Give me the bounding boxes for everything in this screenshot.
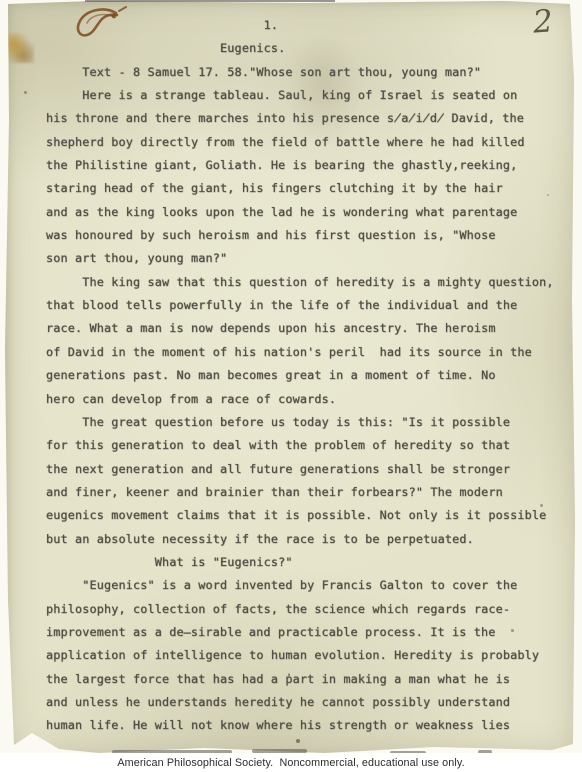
typed-text: 1. Eugenics. Text - 8 Samuel 17. 58."Who… [46, 14, 566, 738]
typed-line: and unless he understands heredity he ca… [46, 691, 566, 714]
typed-line: but an absolute necessity if the race is… [46, 528, 566, 551]
cutoff-text-mark [252, 749, 307, 753]
ink-speck [296, 739, 300, 743]
ink-speck [24, 91, 27, 94]
caption-bar: American Philosophical Society. Noncomme… [0, 753, 582, 772]
typed-line: philosophy, collection of facts, the sci… [46, 598, 566, 621]
typed-line: the next generation and all future gener… [46, 458, 566, 481]
scanned-document: { "colors": { "paper": "#e5e3c9", "ink":… [0, 0, 582, 772]
typed-line: and as the king looks upon the lad he is… [46, 201, 566, 224]
typed-line: Here is a strange tableau. Saul, king of… [46, 84, 566, 107]
typed-line: The great question before us today is th… [46, 411, 566, 434]
yellow-stain [2, 33, 34, 63]
typed-line: hero can develop from a race of cowards. [46, 388, 566, 411]
handwritten-page-number: 2 [532, 3, 554, 40]
typed-line: race. What a man is now depends upon his… [46, 317, 566, 340]
typed-line: and finer, keener and brainier than thei… [46, 481, 566, 504]
typed-line: that blood tells powerfully in the life … [46, 294, 566, 317]
typed-line: What is "Eugenics?" [46, 551, 566, 574]
typed-line: of David in the moment of his nation's p… [46, 341, 566, 364]
caption-text: American Philosophical Society. Noncomme… [117, 757, 464, 769]
scanner-edge-line [85, 0, 335, 2]
typed-line: the Philistine giant, Goliath. He is bea… [46, 154, 566, 177]
typed-line: shepherd boy directly from the field of … [46, 131, 566, 154]
typed-line: for this generation to deal with the pro… [46, 434, 566, 457]
typed-line: improvement as a de̶sirable and practica… [46, 621, 566, 644]
typed-line: 1. [46, 14, 566, 37]
paper-sheet: 1. Eugenics. Text - 8 Samuel 17. 58."Who… [4, 0, 576, 756]
typed-line: the largest force that has had a p̍art i… [46, 668, 566, 691]
typed-line: generations past. No man becomes great i… [46, 364, 566, 387]
typed-line: staring head of the giant, his fingers c… [46, 177, 566, 200]
typed-line: Text - 8 Samuel 17. 58."Whose son art th… [46, 61, 566, 84]
typed-line: eugenics movement claims that it is poss… [46, 504, 566, 527]
typed-line: The king saw that this question of hered… [46, 271, 566, 294]
typed-line: application of intelligence to human evo… [46, 644, 566, 667]
typed-line: Eugenics. [46, 37, 566, 60]
typed-line: "Eugenics" is a word invented by Francis… [46, 574, 566, 597]
typed-line: human life. He will not know where his s… [46, 714, 566, 737]
typed-line: son art thou, young man?" [46, 247, 566, 270]
typed-line: his throne and there marches into his pr… [46, 107, 566, 130]
typed-line: was honoured by such heroism and his fir… [46, 224, 566, 247]
